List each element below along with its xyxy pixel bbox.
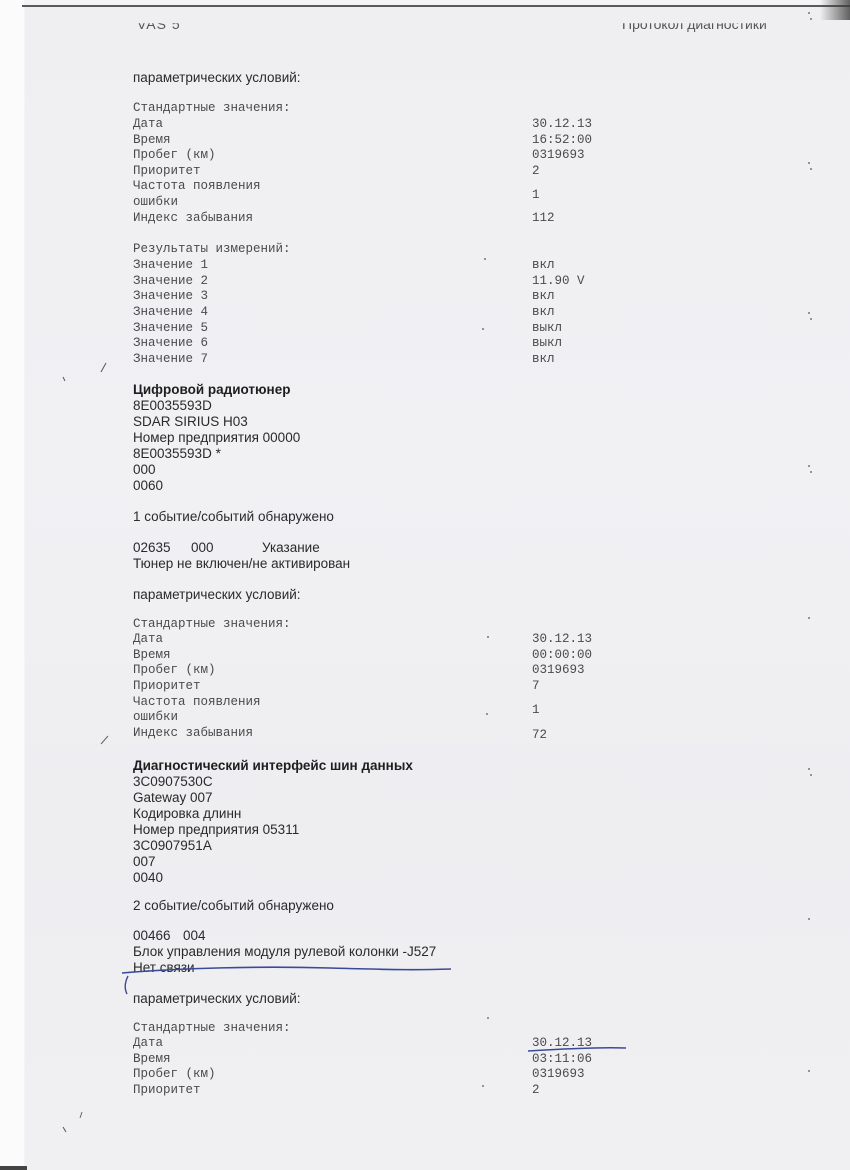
module-line: 0060 — [133, 478, 163, 494]
std-row-label: Приоритет — [133, 1083, 201, 1099]
std-row-value: 00:00:00 — [532, 648, 592, 664]
scan-speck — [810, 168, 812, 170]
module-line: 0040 — [133, 870, 163, 886]
module-line: Кодировка длинн — [133, 806, 241, 822]
std-row-value: 72 — [532, 728, 547, 744]
scan-speck — [810, 471, 812, 473]
std-row-label: Пробег (км) — [133, 148, 216, 164]
std-row-value: 7 — [532, 679, 540, 695]
std-row-label: Приоритет — [133, 679, 201, 695]
module-title: Диагностический интерфейс шин данных — [133, 758, 413, 774]
event-status: Нет связи — [133, 960, 195, 976]
scan-speck — [482, 1085, 484, 1087]
module-line: 8E0035593D — [133, 398, 212, 414]
header-left-text: VAS 5 — [137, 16, 181, 32]
std-row-label: Время — [133, 648, 171, 664]
result-row-label: Значение 5 — [133, 321, 208, 337]
std-row-value: 16:52:00 — [532, 133, 592, 149]
result-row-label: Значение 6 — [133, 336, 208, 352]
module-line: SDAR SIRIUS H03 — [133, 414, 248, 430]
std-row-value: 30.12.13 — [532, 117, 592, 133]
scan-speck — [808, 768, 810, 770]
std-row-label: Пробег (км) — [133, 1067, 216, 1083]
event-description: Блок управления модуля рулевой колонки -… — [133, 944, 436, 960]
scan-speck — [808, 12, 810, 14]
page-header: VAS 5 Протокол диагностики — [0, 14, 850, 34]
event-description: Тюнер не включен/не активирован — [133, 556, 350, 572]
std-values-label: Стандартные значения: — [133, 617, 291, 633]
module-line: 8E0035593D * — [133, 446, 221, 462]
module-line: Номер предприятия 05311 — [133, 822, 299, 838]
result-row-value: вкл — [532, 258, 555, 274]
scan-speck — [487, 1017, 489, 1019]
std-row-label: Приоритет — [133, 164, 201, 180]
param-conditions-label: параметрических условий: — [133, 587, 301, 603]
std-row-label: Время — [133, 1052, 171, 1068]
event-code: 02635 — [133, 540, 191, 556]
result-row-value: выкл — [532, 321, 562, 337]
result-row-value: вкл — [532, 352, 555, 368]
scan-speck — [808, 162, 810, 164]
std-row-label: Дата — [133, 632, 163, 648]
result-row-label: Значение 1 — [133, 258, 208, 274]
scan-speck — [482, 328, 484, 330]
event-code-line: 00466004 — [133, 928, 206, 944]
scan-left-margin — [0, 0, 24, 1170]
module-line: 3C0907951A — [133, 838, 212, 854]
scan-speck — [487, 636, 489, 638]
std-row-label: Пробег (км) — [133, 663, 216, 679]
param-conditions-label: параметрических условий: — [133, 70, 301, 86]
event-subcode: 000 — [191, 540, 262, 556]
result-row-value: вкл — [532, 289, 555, 305]
result-row-value: вкл — [532, 305, 555, 321]
scan-speck — [808, 312, 810, 314]
module-line: 000 — [133, 462, 156, 478]
events-found: 2 событие/событий обнаружено — [133, 898, 334, 914]
std-row-label-cont: ошибки — [133, 195, 178, 211]
std-row-value: 0319693 — [532, 148, 585, 164]
scan-speck — [810, 774, 812, 776]
result-row-value: 11.90 V — [532, 274, 585, 290]
std-values-label: Стандартные значения: — [133, 1021, 291, 1037]
std-row-value: 112 — [532, 211, 555, 227]
scan-speck — [808, 465, 810, 467]
events-found: 1 событие/событий обнаружено — [133, 509, 334, 525]
param-conditions-label: параметрических условий: — [133, 991, 301, 1007]
module-line: Gateway 007 — [133, 790, 213, 806]
event-type: Указание — [262, 540, 320, 556]
std-row-label: Дата — [133, 1036, 163, 1052]
result-row-label: Значение 2 — [133, 274, 208, 290]
std-row-label: Индекс забывания — [133, 211, 253, 227]
std-row-value: 1 — [532, 703, 540, 719]
scan-bottom-shadow — [0, 1166, 27, 1170]
scan-speck — [808, 1070, 810, 1072]
event-code: 00466 — [133, 928, 183, 944]
scan-speck — [810, 18, 812, 20]
module-title: Цифровой радиотюнер — [133, 382, 290, 398]
std-values-label: Стандартные значения: — [133, 101, 291, 117]
scan-speck — [486, 713, 488, 715]
result-row-label: Значение 7 — [133, 352, 208, 368]
scan-speck — [810, 318, 812, 320]
std-row-value: 30.12.13 — [532, 632, 592, 648]
result-row-label: Значение 4 — [133, 305, 208, 321]
std-row-value: 03:11:06 — [532, 1052, 592, 1068]
std-row-value: 2 — [532, 1083, 540, 1099]
result-row-value: выкл — [532, 336, 562, 352]
scan-speck — [808, 617, 810, 619]
event-code-line: 02635000Указание — [133, 540, 320, 556]
result-row-label: Значение 3 — [133, 289, 208, 305]
std-row-label: Индекс забывания — [133, 726, 253, 742]
std-row-label: Время — [133, 133, 171, 149]
module-line: 3C0907530C — [133, 774, 213, 790]
paper-top-edge — [22, 5, 850, 7]
scan-speck — [808, 918, 810, 920]
std-row-label: Частота появления — [133, 695, 261, 711]
module-line: Номер предприятия 00000 — [133, 430, 300, 446]
event-subcode: 004 — [183, 928, 206, 944]
std-row-value: 0319693 — [532, 663, 585, 679]
header-right-text: Протокол диагностики — [622, 16, 767, 32]
results-label: Результаты измерений: — [133, 242, 291, 258]
std-row-label-cont: ошибки — [133, 710, 178, 726]
scan-speck — [484, 258, 486, 260]
module-line: 007 — [133, 854, 156, 870]
std-row-label: Дата — [133, 117, 163, 133]
std-row-label: Частота появления — [133, 179, 261, 195]
std-row-value: 2 — [532, 164, 540, 180]
std-row-value: 30.12.13 — [532, 1036, 592, 1052]
std-row-value: 0319693 — [532, 1067, 585, 1083]
std-row-value: 1 — [532, 188, 540, 204]
